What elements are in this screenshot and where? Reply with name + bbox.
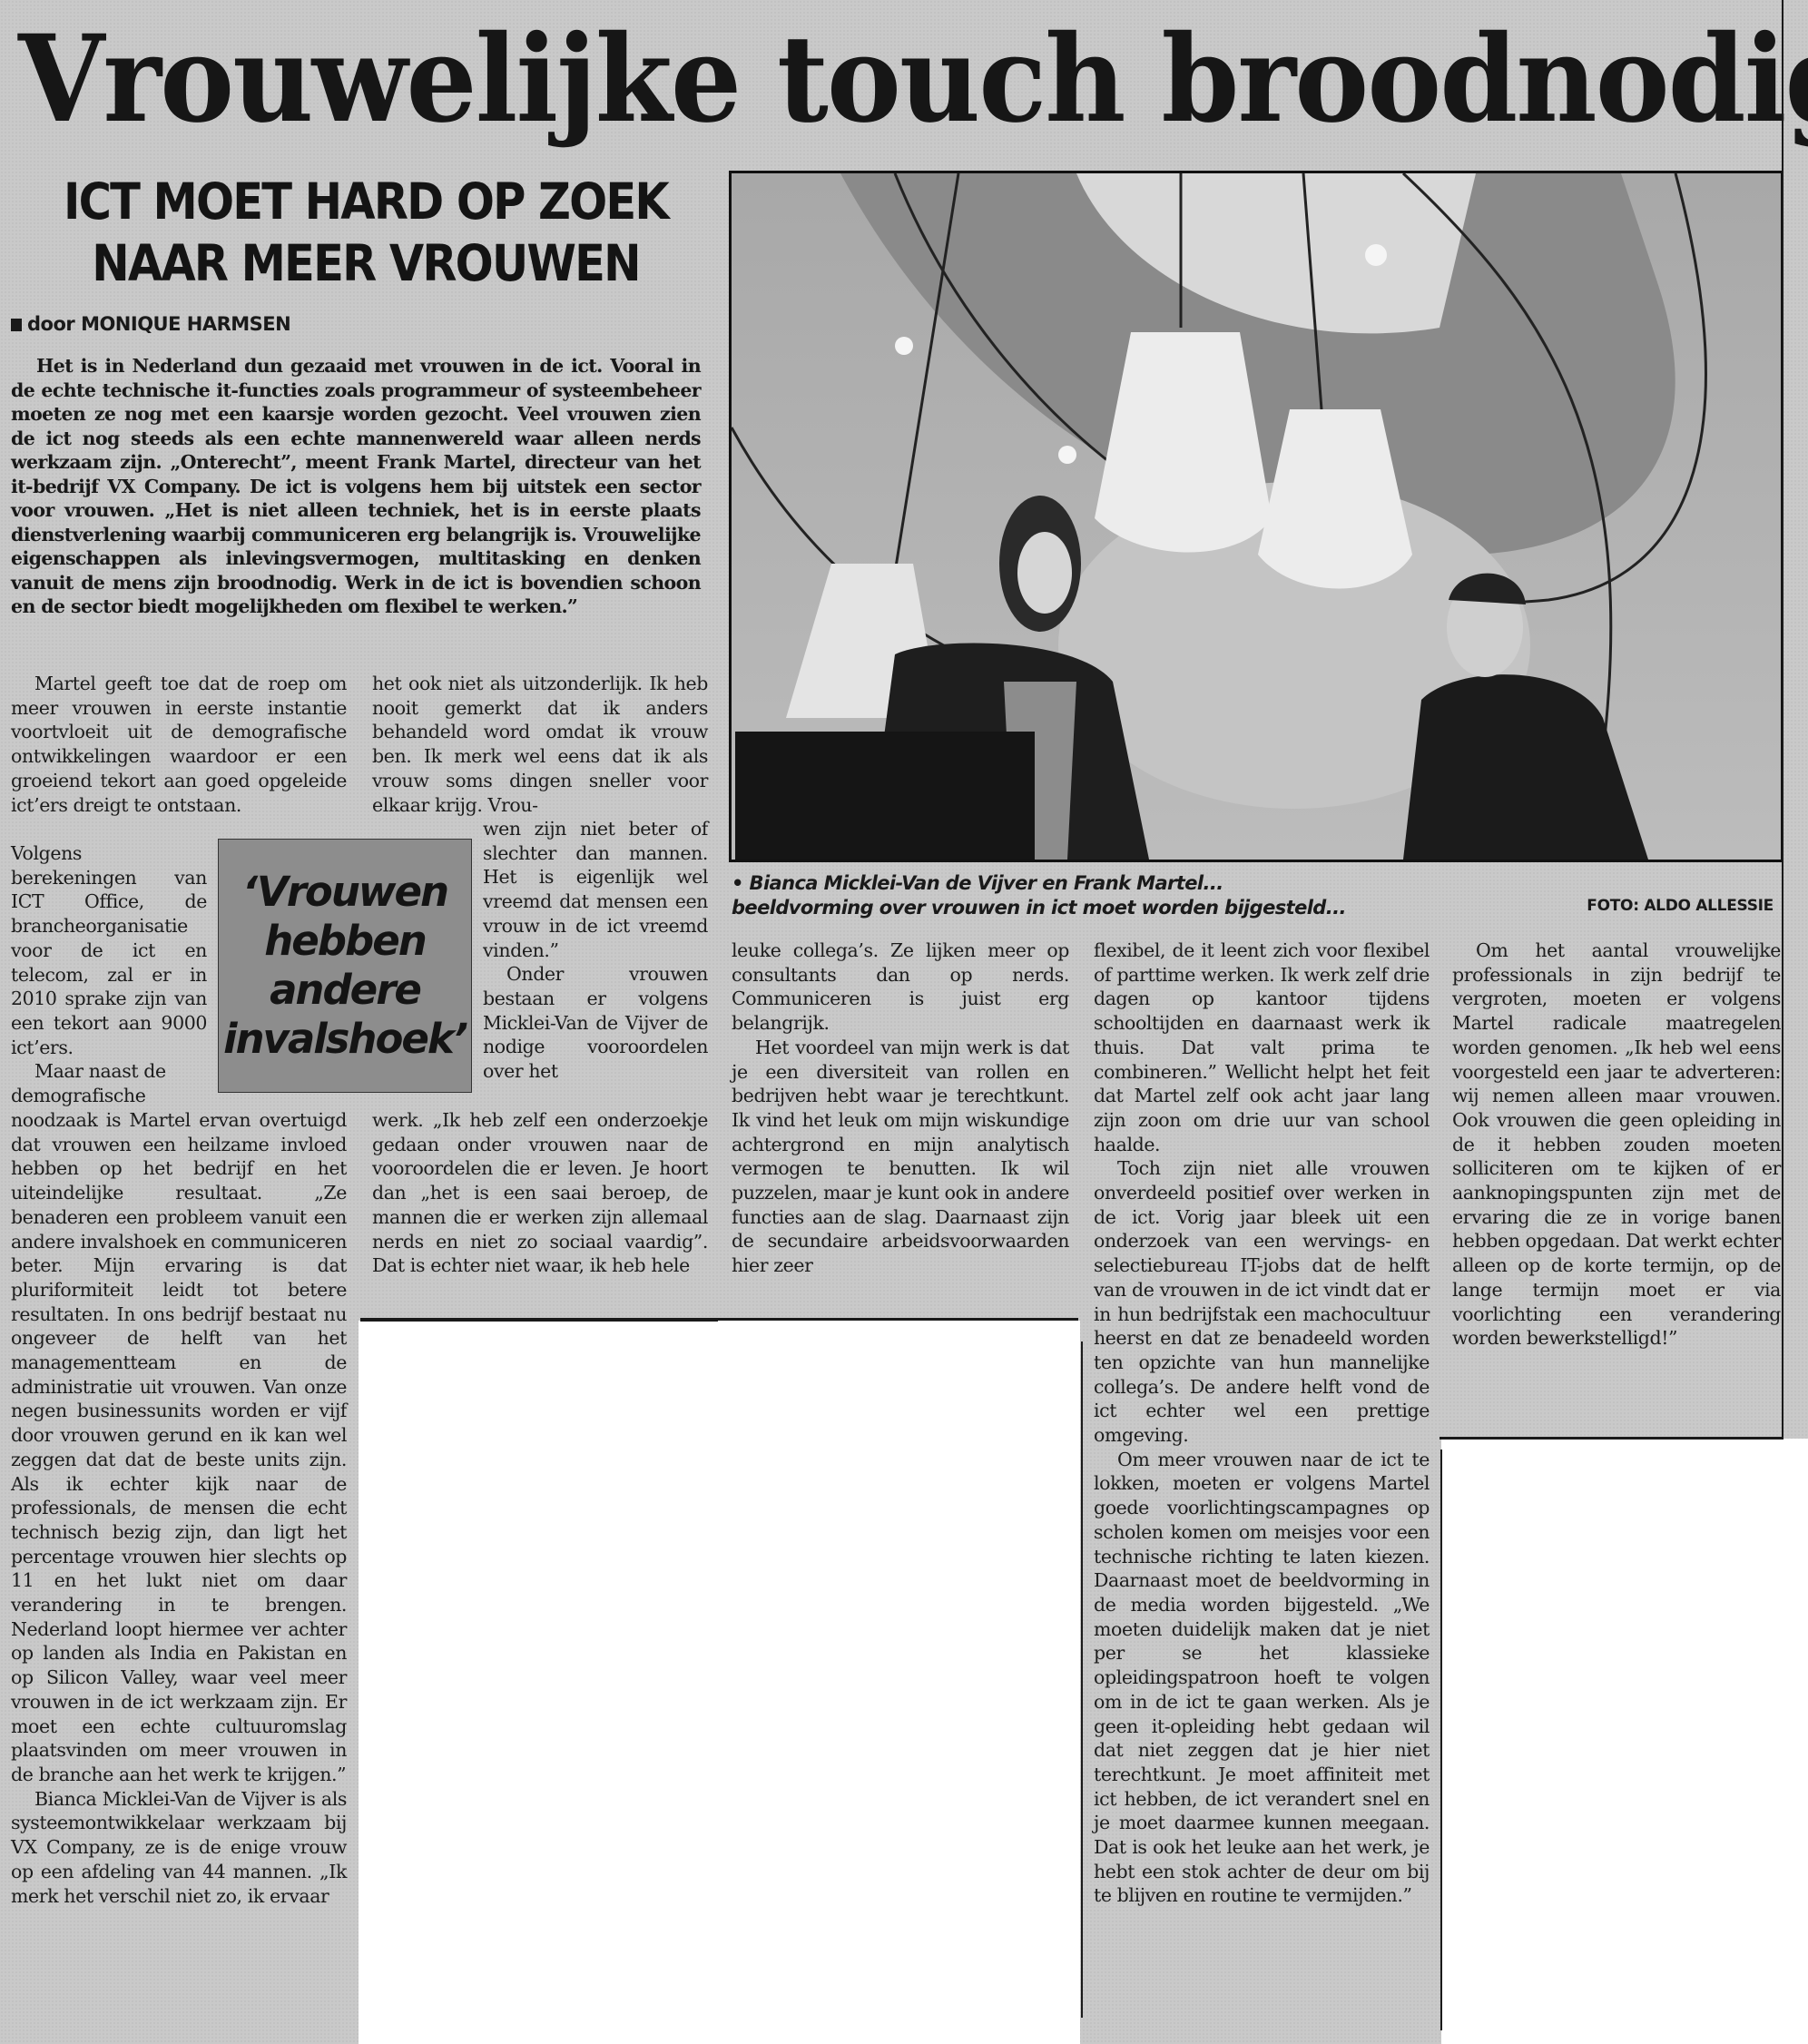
column-2-bottom: werk. „Ik heb zelf een onderzoekje gedaa… <box>372 1108 708 1278</box>
paragraph: Toch zijn niet alle vrouwen onverdeeld p… <box>1094 1156 1430 1447</box>
intro-paragraph: Het is in Nederland dun gezaaid met vrou… <box>11 354 701 619</box>
byline-author: MONIQUE HARMSEN <box>81 313 290 335</box>
pull-quote-line: hebben <box>223 917 467 966</box>
paragraph: flexibel, de it leent zich voor flexibel… <box>1094 938 1430 1156</box>
column-1-narrow: Volgens berekeningen van ICT Office, de … <box>11 841 207 1108</box>
blank-region-right <box>1443 1439 1808 2044</box>
paragraph: Martel geeft toe dat de roep om meer vro… <box>11 672 347 817</box>
paragraph: het ook niet als uitzonderlijk. Ik heb n… <box>372 672 708 817</box>
pull-quote-line: invalshoek’ <box>223 1015 467 1064</box>
column-1-top: Martel geeft toe dat de roep om meer vro… <box>11 672 347 817</box>
pull-quote-line: andere <box>223 966 467 1015</box>
paragraph: Het voordeel van mijn werk is dat je een… <box>732 1036 1069 1278</box>
caption-line-1: • Bianca Micklei-Van de Vijver en Frank … <box>732 871 1775 896</box>
subheadline-line-2: NAAR MEER VROUWEN <box>52 232 681 294</box>
paragraph: wen zijn niet beter of slechter dan mann… <box>483 817 708 962</box>
paragraph: Om meer vrouwen naar de ict te lokken, m… <box>1094 1448 1430 1908</box>
photo-image <box>732 173 1781 860</box>
byline-prefix: door <box>27 313 74 335</box>
vertical-rule <box>1440 1449 1442 2030</box>
article-photo <box>729 171 1783 862</box>
column-1-bottom: noodzaak is Martel ervan overtuigd dat v… <box>11 1108 347 1908</box>
vertical-rule <box>1782 0 1783 1439</box>
paragraph: Onder vrouwen bestaan er volgens Micklei… <box>483 962 708 1084</box>
column-3: leuke collega’s. Ze lijken meer op consu… <box>732 938 1069 1278</box>
paragraph: Om het aantal vrouwelijke professionals … <box>1452 938 1781 1351</box>
vertical-rule <box>1081 1341 1083 2018</box>
paragraph: Maar naast de demografische <box>11 1059 207 1107</box>
headline: Vrouwelijke touch broodnodig <box>18 7 1656 152</box>
subheadline: ICT MOET HARD OP ZOEK NAAR MEER VROUWEN <box>52 171 681 294</box>
divider-rule <box>360 1318 718 1322</box>
paragraph: Volgens berekeningen van ICT Office, de … <box>11 841 207 1059</box>
paragraph: werk. „Ik heb zelf een onderzoekje gedaa… <box>372 1108 708 1278</box>
pull-quote: ‘Vrouwen hebben andere invalshoek’ <box>218 839 472 1093</box>
intro-text: Het is in Nederland dun gezaaid met vrou… <box>11 354 701 619</box>
column-5: Om het aantal vrouwelijke professionals … <box>1452 938 1781 1351</box>
bullet-square-icon <box>11 319 22 331</box>
paragraph: Bianca Micklei-Van de Vijver is als syst… <box>11 1787 347 1909</box>
divider-rule <box>1440 1437 1783 1440</box>
byline: door MONIQUE HARMSEN <box>11 313 290 335</box>
column-2-narrow: wen zijn niet beter of slechter dan mann… <box>483 817 708 1084</box>
paragraph: leuke collega’s. Ze lijken meer op consu… <box>732 938 1069 1036</box>
column-4: flexibel, de it leent zich voor flexibel… <box>1094 938 1430 1908</box>
subheadline-line-1: ICT MOET HARD OP ZOEK <box>52 171 681 232</box>
column-2-top: het ook niet als uitzonderlijk. Ik heb n… <box>372 672 708 817</box>
pull-quote-line: ‘Vrouwen <box>223 868 467 917</box>
photo-credit: FOTO: ALDO ALLESSIE <box>1587 897 1774 915</box>
blank-region-center <box>360 1321 1080 2044</box>
paragraph: noodzaak is Martel ervan overtuigd dat v… <box>11 1108 347 1787</box>
divider-rule <box>718 1318 1078 1321</box>
